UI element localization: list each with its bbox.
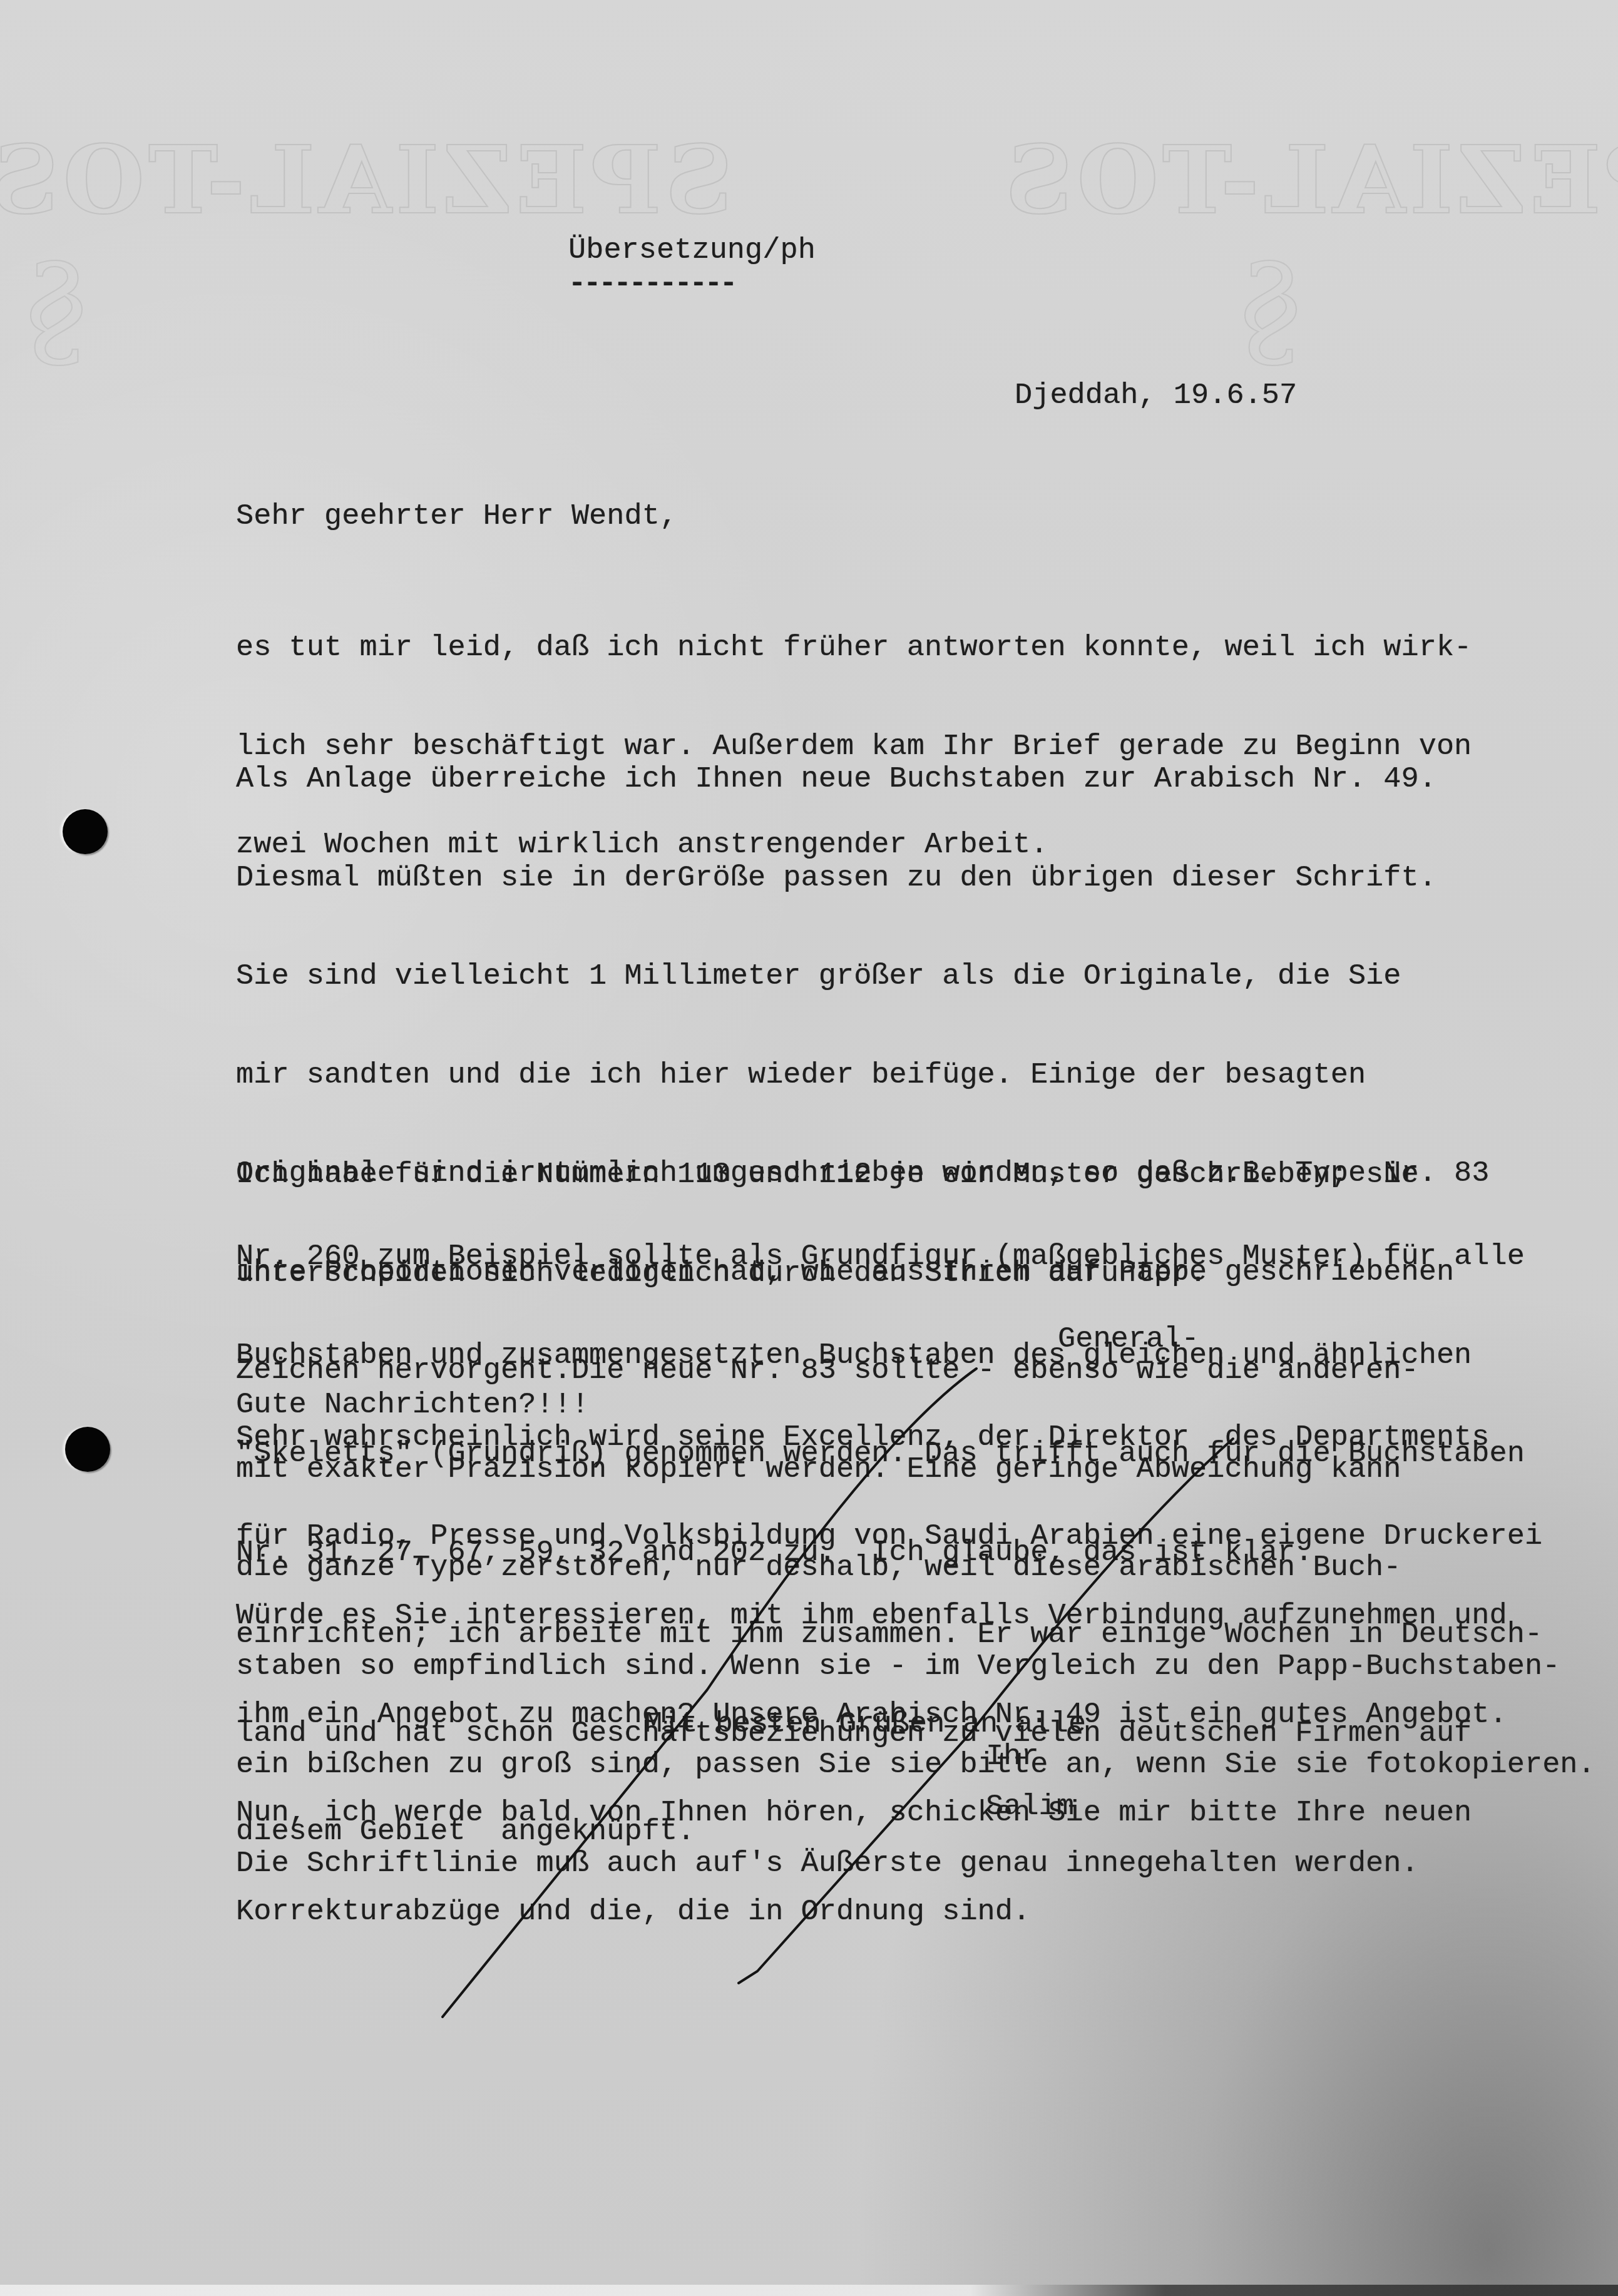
- text-line: es tut mir leid, daß ich nicht früher an…: [236, 632, 1472, 665]
- text-line: mir sandten und die ich hier wieder beif…: [236, 1059, 1595, 1093]
- text-line: Nun, ich werde bald von Ihnen hören, sch…: [236, 1797, 1507, 1830]
- text-line: Würde es Sie interessieren, mit ihm eben…: [236, 1600, 1507, 1633]
- signature-name: Salim: [986, 1791, 1074, 1824]
- closing-valediction: Ihr: [986, 1741, 1039, 1774]
- inserted-word-general: General-: [1058, 1324, 1199, 1357]
- text-line: Diesmal müßten sie in derGröße passen zu…: [236, 862, 1595, 895]
- watermark-logo-right-icon: §: [1239, 238, 1302, 384]
- place-date-line: Djeddah, 19.6.57: [1015, 380, 1297, 413]
- text-line: Sie sind vielleicht 1 Millimeter größer …: [236, 961, 1595, 994]
- scan-bottom-edge: [0, 2285, 1618, 2296]
- text-line: Sehr wahrscheinlich wird seine Excellenz…: [236, 1422, 1542, 1455]
- closing-greeting: Mit besten Grüßen an alle: [645, 1708, 1086, 1742]
- punch-hole-bottom: [65, 1427, 110, 1472]
- header-underline-rule: -----------: [568, 268, 735, 301]
- watermark-text-left: SPEZIAL-TOS: [0, 125, 733, 235]
- watermark-logo-left-icon: §: [25, 238, 88, 384]
- salutation: Sehr geehrter Herr Wendt,: [236, 501, 677, 534]
- text-line: Nr. 260 zum Beispiel sollte als Grundfig…: [236, 1241, 1525, 1274]
- text-line: Korrekturabzüge und die, die in Ordnung …: [236, 1896, 1507, 1929]
- paragraph-offer: Würde es Sie interessieren, mit ihm eben…: [236, 1534, 1507, 1962]
- text-line: Als Anlage überreiche ich Ihnen neue Buc…: [236, 763, 1595, 797]
- punch-hole-top: [63, 809, 108, 854]
- watermark-text-right: SPEZIAL-TOS: [1001, 125, 1618, 235]
- translation-header-label: Übersetzung/ph: [568, 235, 816, 268]
